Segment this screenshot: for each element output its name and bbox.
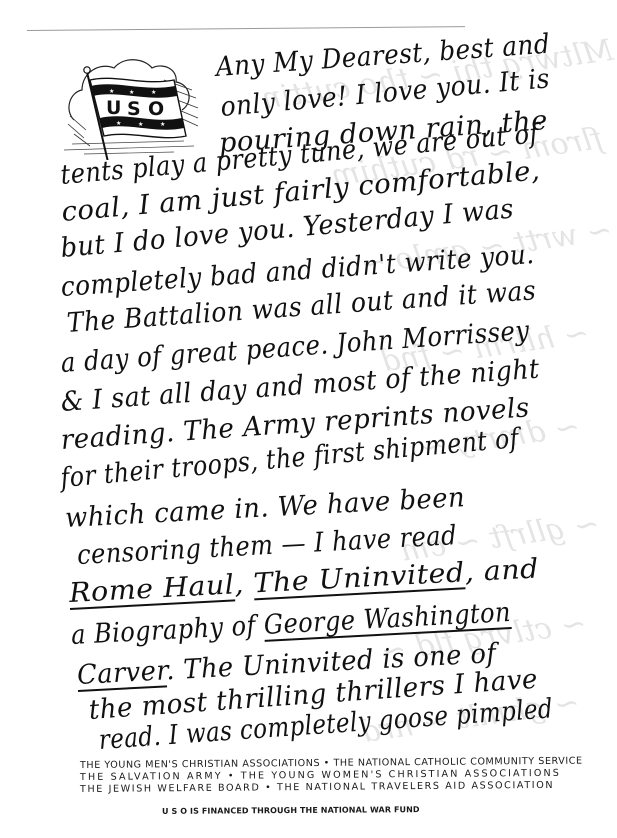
footer-funding-note: U S O IS FINANCED THROUGH THE NATIONAL W… bbox=[162, 805, 420, 816]
paper-top-edge bbox=[27, 26, 465, 31]
book-title-carver: Carver bbox=[76, 655, 167, 691]
line-text: a Biography of bbox=[70, 610, 264, 651]
svg-text:★: ★ bbox=[129, 89, 134, 96]
punctuation: , bbox=[234, 569, 245, 600]
svg-text:★: ★ bbox=[116, 120, 121, 127]
svg-text:U: U bbox=[106, 97, 121, 119]
book-title-rome-haul: Rome Haul bbox=[68, 569, 235, 609]
svg-text:★: ★ bbox=[160, 121, 165, 128]
svg-text:★: ★ bbox=[151, 89, 156, 96]
letterhead-footer: THE YOUNG MEN'S CHRISTIAN ASSOCIATIONS •… bbox=[80, 760, 560, 796]
svg-text:S: S bbox=[127, 98, 141, 120]
svg-text:★: ★ bbox=[109, 88, 114, 95]
svg-text:O: O bbox=[148, 98, 164, 120]
line-text: , and bbox=[464, 553, 540, 588]
book-title-the-uninvited: The Uninvited bbox=[253, 557, 466, 599]
svg-text:★: ★ bbox=[138, 121, 143, 128]
uso-flag-icon: ★★★ ★★★ USO bbox=[64, 50, 204, 160]
